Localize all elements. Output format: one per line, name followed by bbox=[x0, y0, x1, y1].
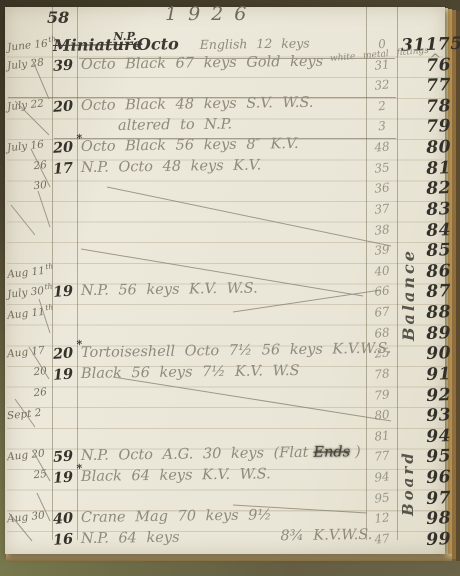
serial-number-cell: 77 bbox=[401, 75, 452, 97]
description-cell: N.P. 64 keys8¾ K.V.W.S. bbox=[81, 527, 378, 547]
count-cell: 2 bbox=[367, 97, 396, 114]
serial-number-cell: 78 bbox=[401, 96, 452, 118]
page-number: 58 bbox=[47, 8, 69, 27]
serial-number-cell: 82 bbox=[401, 178, 452, 200]
count-cell: 36 bbox=[367, 180, 396, 197]
description-segment: Octo Black 67 keys Gold keys bbox=[81, 53, 323, 72]
description-cell: N.P. Octo A.G. 30 keys (FlatEnds) bbox=[81, 444, 366, 464]
description-segment: Crane Mag 70 keys 9½ bbox=[81, 508, 272, 527]
description-cell: Crane Mag 70 keys 9½ bbox=[81, 508, 277, 527]
date-cell: July 30th bbox=[6, 282, 51, 301]
ledger-row: 267992 bbox=[5, 387, 445, 408]
description-cell: Tortoiseshell Octo 7½ 56 keys K.V.W.S. bbox=[81, 341, 397, 361]
serial-number-cell: 92 bbox=[401, 385, 452, 407]
ledger-row: July 1620*Octo Black 56 keys 8″ K.V.4880 bbox=[5, 139, 445, 160]
count-cell: 39 bbox=[367, 242, 396, 259]
ledger-row: July 2839Octo Black 67 keys Gold keyswhi… bbox=[5, 57, 445, 78]
description-segment: altered to N.P. bbox=[118, 117, 232, 135]
ledger-row: 16N.P. 64 keys8¾ K.V.W.S.4799 bbox=[5, 531, 445, 552]
ledger-row: Sept 28093 bbox=[5, 407, 445, 428]
model-number-cell: 40 bbox=[52, 509, 77, 528]
serial-number-cell: 94 bbox=[401, 426, 452, 448]
description-cell: N.P. Octo 48 keys K.V. bbox=[81, 157, 266, 176]
description-cell: altered to N.P. bbox=[118, 117, 237, 135]
date-cell: Aug 17 bbox=[6, 344, 51, 361]
description-cell: Black 56 keys 7½ K.V. W.S bbox=[81, 363, 305, 382]
serial-number-cell: 76 bbox=[401, 55, 452, 77]
count-cell: 31 bbox=[367, 56, 396, 73]
date-cell: Aug 11th bbox=[6, 262, 51, 281]
description-segment: Octo Black 48 keys S.V. W.S. bbox=[81, 95, 314, 114]
ledger-row: 3783 bbox=[5, 201, 445, 222]
date-cell: July 22 bbox=[6, 97, 51, 114]
count-cell: 37 bbox=[367, 201, 396, 218]
ledger-photo: 58 1926 June 16thMiniatureN.P.OctoEnglis… bbox=[0, 0, 460, 576]
date-cell: 20 bbox=[4, 365, 49, 382]
description-cell: Octo Black 56 keys 8″ K.V. bbox=[81, 136, 304, 155]
date-superscript: th bbox=[45, 303, 54, 313]
description-segment: N.P. 64 keys bbox=[81, 530, 180, 547]
count-cell: 81 bbox=[367, 427, 396, 444]
date-superscript: th bbox=[45, 261, 54, 271]
serial-number-cell: 81 bbox=[401, 158, 452, 180]
count-cell: 78 bbox=[367, 365, 396, 382]
description-segment: Black 64 keys K.V. W.S. bbox=[81, 466, 271, 485]
count-cell: 80 bbox=[367, 407, 396, 424]
description-cell: MiniatureN.P.OctoEnglish 12 keys bbox=[53, 32, 315, 55]
description-segment: Black 56 keys 7½ K.V. W.S bbox=[81, 363, 300, 382]
description-cell: Octo Black 48 keys S.V. W.S. bbox=[81, 95, 319, 114]
model-number-cell: 20 bbox=[52, 97, 77, 116]
date-cell: Aug 30 bbox=[6, 509, 51, 526]
date-cell: Aug 20 bbox=[6, 447, 51, 464]
vertical-note-lower: Board bbox=[399, 450, 417, 516]
ledger-row: 2617N.P. Octo 48 keys K.V.3581 bbox=[5, 160, 445, 181]
description-segment: English 12 keys bbox=[200, 35, 310, 52]
date-cell: June 16th bbox=[6, 35, 51, 54]
count-cell: 66 bbox=[367, 283, 396, 300]
description-segment: N.P. Octo 48 keys K.V. bbox=[81, 157, 261, 176]
description-segment: N.P. Octo A.G. 30 keys (Flat bbox=[81, 445, 309, 464]
description-segment: Octo bbox=[137, 34, 179, 54]
ledger-page: 58 1926 June 16thMiniatureN.P.OctoEnglis… bbox=[5, 7, 445, 554]
description-segment: ) bbox=[355, 444, 361, 460]
page-edge-bottom bbox=[6, 554, 452, 561]
date-cell: 25 bbox=[4, 468, 49, 485]
model-number-cell: 59 bbox=[52, 448, 77, 467]
serial-number-cell: 91 bbox=[401, 364, 452, 386]
description-cell: N.P. 56 keys K.V. W.S. bbox=[81, 281, 263, 300]
ledger-row: 2019Black 56 keys 7½ K.V. W.S7891 bbox=[5, 366, 445, 387]
ledger-row: Aug 11th6788 bbox=[5, 304, 445, 325]
date-cell: July 28 bbox=[6, 55, 51, 72]
count-cell: 47 bbox=[367, 530, 396, 547]
count-cell: 25 bbox=[367, 345, 396, 362]
count-cell: 12 bbox=[367, 510, 396, 527]
count-cell: 32 bbox=[367, 77, 396, 94]
count-cell: 40 bbox=[367, 262, 396, 279]
count-cell: 79 bbox=[367, 386, 396, 403]
serial-number-cell: 90 bbox=[401, 343, 452, 365]
ledger-row: 303682 bbox=[5, 180, 445, 201]
model-number-cell: 16 bbox=[52, 530, 77, 549]
model-number-cell: 39 bbox=[52, 56, 77, 75]
description-segment: Ends bbox=[313, 445, 350, 462]
date-cell: 30 bbox=[4, 179, 49, 196]
count-cell: 68 bbox=[367, 324, 396, 341]
count-cell: 94 bbox=[367, 469, 396, 486]
serial-number-cell: 79 bbox=[401, 117, 452, 139]
count-cell: 77 bbox=[367, 448, 396, 465]
ledger-row: July 30th19N.P. 56 keys K.V. W.S.6687 bbox=[5, 283, 445, 304]
serial-number-cell: 99 bbox=[401, 529, 452, 551]
model-number-cell: 20* bbox=[52, 344, 77, 363]
count-cell: 95 bbox=[367, 489, 396, 506]
ledger-row: 3985 bbox=[5, 242, 445, 263]
date-cell: July 16 bbox=[6, 138, 51, 155]
count-cell: 48 bbox=[367, 139, 396, 156]
year-heading: 1926 bbox=[165, 3, 257, 25]
description-segment: N.P. 56 keys K.V. W.S. bbox=[81, 281, 258, 299]
vertical-note-upper: Balance bbox=[399, 248, 418, 341]
serial-number-cell: 80 bbox=[401, 137, 452, 159]
description-segment: Octo Black 56 keys 8″ K.V. bbox=[81, 136, 299, 155]
model-number-cell: 19* bbox=[52, 468, 77, 487]
date-cell: Sept 2 bbox=[6, 406, 51, 423]
date-cell: 26 bbox=[4, 158, 49, 175]
description-segment: N.P. bbox=[113, 30, 137, 43]
model-number-cell: 17 bbox=[52, 159, 77, 178]
serial-number-cell: 93 bbox=[401, 405, 452, 427]
count-cell: 35 bbox=[367, 159, 396, 176]
model-number-cell: 20* bbox=[52, 138, 77, 157]
ledger-row: 2519*Black 64 keys K.V. W.S.9496 bbox=[5, 469, 445, 490]
model-number-cell: 19 bbox=[52, 365, 77, 384]
description-cell: Black 64 keys K.V. W.S. bbox=[81, 466, 276, 485]
count-cell: 38 bbox=[367, 221, 396, 238]
description-segment: 8¾ K.V.W.S. bbox=[280, 527, 372, 544]
serial-number-cell: 83 bbox=[401, 199, 452, 221]
date-cell: Aug 11th bbox=[6, 303, 51, 322]
date-cell: 26 bbox=[4, 385, 49, 402]
serial-number-cell: 84 bbox=[401, 220, 452, 242]
page-edge-right-4 bbox=[456, 11, 460, 561]
description-segment: Tortoiseshell Octo 7½ 56 keys K.V.W.S. bbox=[81, 341, 392, 361]
count-cell: 3 bbox=[367, 118, 396, 135]
model-number-cell: 19 bbox=[52, 283, 77, 302]
ledger-row: 3884 bbox=[5, 222, 445, 243]
count-cell: 67 bbox=[367, 304, 396, 321]
